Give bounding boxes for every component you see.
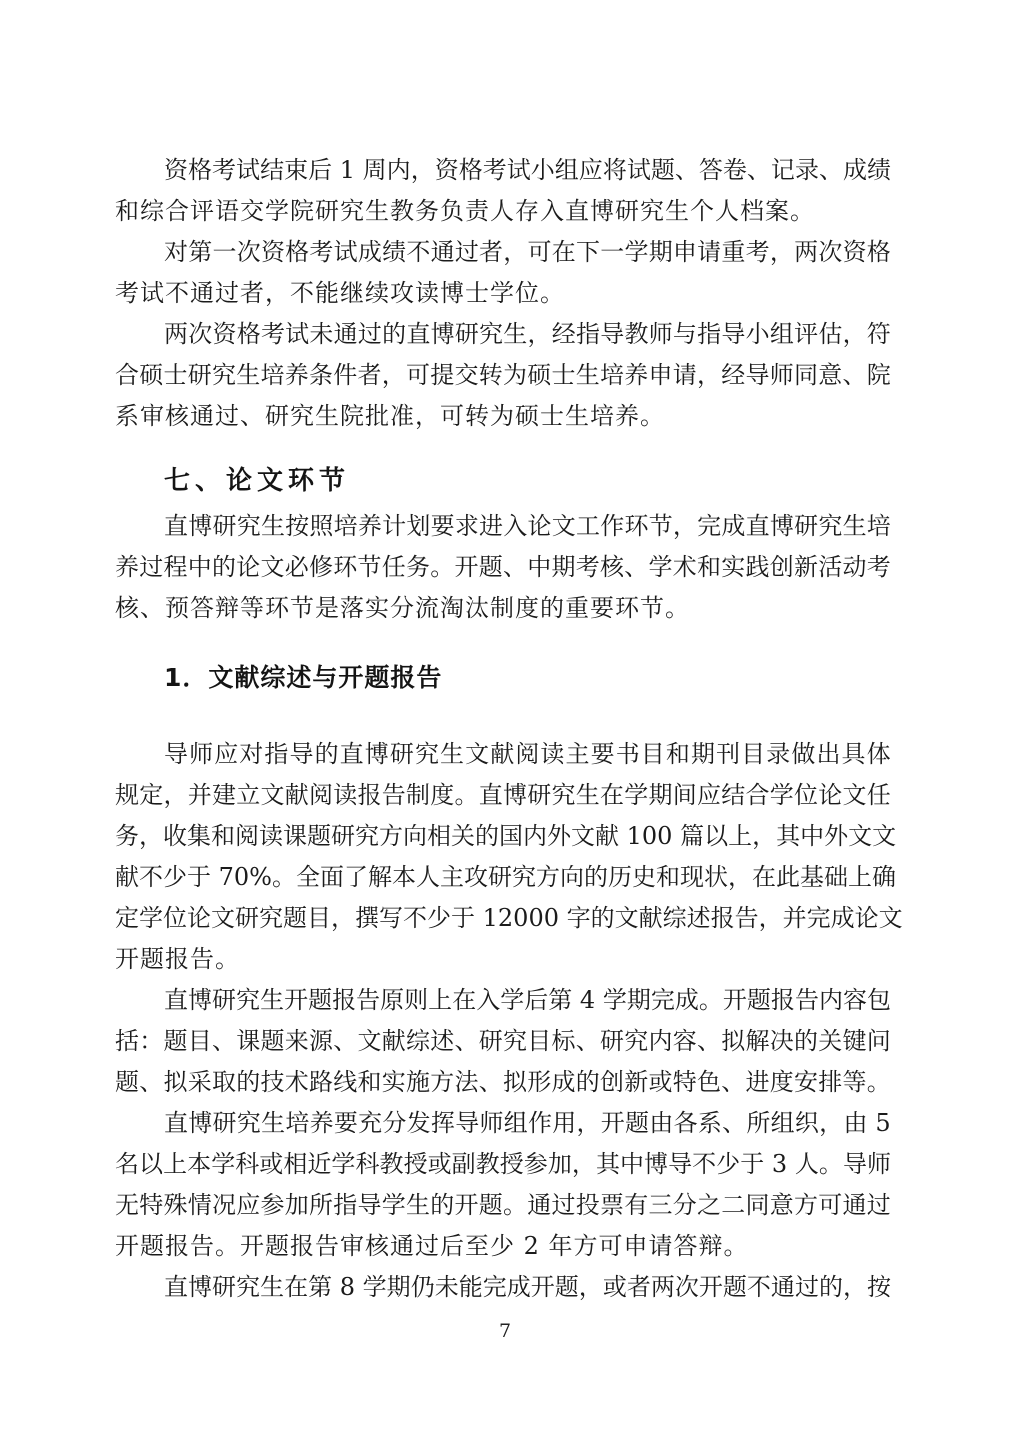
text-token: 实 [382,1062,406,1103]
text-token: 入 [503,506,527,547]
text-line: 导师应对指导的直博研究生文献阅读主要书目和期刊目录做出具体 [115,734,891,775]
text-token: 述 [430,1021,454,1062]
text-token: 间 [673,775,697,816]
text-token: 硕 [139,355,163,396]
text-token: 票 [600,1185,624,1226]
text-token: 通 [431,232,455,273]
text-token: 师 [770,355,794,396]
text-token: 加 [548,1144,572,1185]
text-token: 于 [187,857,211,898]
text-token: 不 [139,857,163,898]
text-token: ， [843,314,867,355]
text-token: 。 [455,775,479,816]
text-token: 目 [527,1021,551,1062]
text-token: 提 [430,355,454,396]
text-token: 节 [358,547,382,588]
subsection-heading: 1．文献综述与开题报告 [115,657,891,698]
text-token: 成 [721,506,745,547]
text-token: 博 [188,1267,212,1308]
text-token: 成 [358,232,382,273]
text-token: 究 [355,816,379,857]
text-token: 文 [848,816,872,857]
text-token: 论 [187,898,211,939]
text-token: 8 [332,1267,363,1308]
text-token: 授 [500,1144,524,1185]
text-token: 在 [752,857,776,898]
text-token: 。 [699,980,723,1021]
text-token: 格 [237,314,261,355]
text-line: 直博研究生在第 8 学期仍未能完成开题，或者两次开题不通过的，按 [115,1267,891,1308]
text-token: 题 [283,898,307,939]
text-token: 生 [261,1103,285,1144]
text-token: 相 [283,1144,307,1185]
text-token: 、 [139,1062,163,1103]
text-token: 题 [479,547,503,588]
text-token: 殊 [164,1185,188,1226]
page-number: 7 [0,1318,1010,1344]
text-token: 研 [390,734,414,775]
text-token: 科 [355,1144,379,1185]
text-token: 阅 [235,816,259,857]
text-token: 少 [427,898,451,939]
text-token: 以 [139,1144,163,1185]
text-token: 卷 [723,150,747,191]
text-token: 在 [284,1267,308,1308]
text-token: 教 [476,1144,500,1185]
text-token: 考 [309,232,333,273]
text-line: 开题报告。 [115,939,891,980]
text-token: 副 [452,1144,476,1185]
text-token: 养 [624,355,648,396]
text-token: 规 [115,775,139,816]
text-line: 献不少于 70%。全面了解本人主攻研究方向的历史和现状，在此基础上确 [115,857,891,898]
text-token: ， [164,775,188,816]
text-token: 方 [430,1062,454,1103]
text-token: 、 [503,547,527,588]
text-token: 文 [872,816,896,857]
text-token: 后 [308,150,332,191]
text-token: 完 [483,1267,507,1308]
text-token: 究 [236,980,260,1021]
text-token: 考 [261,314,285,355]
text-token: 任 [867,775,891,816]
text-token: 12000 [475,898,567,939]
text-token: 导 [668,1144,692,1185]
text-token: 试 [285,314,309,355]
text-token: 学 [500,980,524,1021]
text-token: 建 [212,775,236,816]
text-token: 排 [818,1062,842,1103]
text-token: 周 [363,150,387,191]
text-token: 资 [212,314,236,355]
text-token: 决 [770,1021,794,1062]
text-token: 文 [261,775,285,816]
text-token: 题 [164,1021,188,1062]
text-token: 论 [236,547,260,588]
text-token: 究 [237,1103,261,1144]
text-token: 究 [259,898,283,939]
text-token: 考 [867,547,891,588]
text-token: 进 [479,506,503,547]
text-token: 究 [624,1021,648,1062]
text-token: 务 [406,547,430,588]
text-token: 、 [455,1021,479,1062]
text-token: 形 [527,1062,551,1103]
text-token: 研 [527,775,551,816]
text-token: 综 [406,1021,430,1062]
text-token: 导 [289,734,313,775]
text-line: 养过程中的论文必修环节任务。开题、中期考核、学术和实践创新活动考 [115,547,891,588]
text-token: 文 [465,734,489,775]
text-token: 研 [212,1267,236,1308]
text-token: 培 [334,506,358,547]
text-token: 直 [164,506,188,547]
text-token: 述 [687,898,711,939]
text-token: 内 [523,816,547,857]
text-token: 的 [819,1267,843,1308]
text-token: 通 [771,1267,795,1308]
text-token: 报 [358,775,382,816]
text-token: 内 [819,980,843,1021]
text-token: 中 [620,1144,644,1185]
text-token: 意 [770,1185,794,1226]
text-token: 键 [843,1021,867,1062]
text-token: 后 [524,980,548,1021]
text-token: 读 [259,816,283,857]
text-token: 生 [576,355,600,396]
text-token: 资 [261,232,285,273]
text-token: 申 [673,232,697,273]
text-token: 研 [212,980,236,1021]
text-token: 工 [576,506,600,547]
text-token: 的 [236,1062,260,1103]
text-token: 、 [819,150,843,191]
text-token: 核 [600,547,624,588]
text-token: 的 [591,898,615,939]
text-token: 告 [795,980,819,1021]
text-token: 究 [479,314,503,355]
text-token: 博 [188,1103,212,1144]
text-token: 源 [309,1021,333,1062]
text-token: ， [528,314,552,355]
text-token: 拟 [164,1062,188,1103]
text-token: 结 [721,775,745,816]
text-token: 生 [406,1185,430,1226]
text-token: 在 [452,980,476,1021]
text-token: 定 [139,775,163,816]
text-token: 题 [115,1062,139,1103]
text-token: 术 [285,1062,309,1103]
text-token: 究 [236,1267,260,1308]
text-token: 容 [673,1021,697,1062]
text-token: ： [139,1021,163,1062]
text-token: 少 [163,857,187,898]
text-token: 文 [552,506,576,547]
text-token: ， [411,150,435,191]
text-token: 条 [309,355,333,396]
text-token: 师 [649,314,673,355]
text-token: 参 [524,1144,548,1185]
text-token: 次 [188,314,212,355]
text-token: 次 [237,232,261,273]
text-token: 系 [698,1103,722,1144]
text-token: 过 [358,314,382,355]
text-token: 进 [746,1062,770,1103]
text-token: 、 [212,1021,236,1062]
text-token: 求 [455,506,479,547]
text-token: 教 [380,1144,404,1185]
text-token: 制 [406,775,430,816]
text-token: 人 [416,857,440,898]
text-token: 直 [164,1103,188,1144]
text-token: 考 [212,150,236,191]
text-token: 究 [415,734,439,775]
text-token: 组 [770,314,794,355]
text-token: 学 [624,775,648,816]
text-token: 、 [722,1103,746,1144]
text-token: 一 [212,232,236,273]
text-token: 读 [540,734,564,775]
text-token: ， [503,232,527,273]
text-token: 程 [164,547,188,588]
text-token: 的 [794,1021,818,1062]
text-token: 符 [867,314,891,355]
text-token: 不 [406,232,430,273]
text-token: 和 [666,734,690,775]
text-token: 向 [403,816,427,857]
text-token: 、 [843,355,867,396]
text-token: 法 [455,1062,479,1103]
text-token: 完 [807,898,831,939]
text-token: 和 [656,857,680,898]
text-token: 的 [576,1062,600,1103]
text-token: 究 [212,355,236,396]
text-token: 包 [867,980,891,1021]
text-token: 生 [260,980,284,1021]
text-token: 研 [213,1103,237,1144]
text-token: 外 [824,816,848,857]
text-token: 课 [283,816,307,857]
text-token: 经 [552,314,576,355]
text-token: 、 [479,1062,503,1103]
text-token: 应 [579,150,603,191]
text-token: 培 [261,355,285,396]
text-token: 过 [139,547,163,588]
text-token: 原 [380,980,404,1021]
text-token: 期 [552,547,576,588]
text-token: 博 [503,775,527,816]
text-token: 现 [680,857,704,898]
text-token: 论 [855,898,879,939]
text-token: 题 [261,1021,285,1062]
text-token: 1 [332,150,363,191]
text-token: 培 [285,1103,309,1144]
text-token: 其 [776,816,800,857]
text-line: 合硕士研究生培养条件者，可提交转为硕士生培养申请，经导师同意、院 [115,355,891,396]
text-token: 目 [188,1021,212,1062]
text-token: 论 [528,506,552,547]
text-token: 由 [843,1103,867,1144]
text-token: 路 [309,1062,333,1103]
text-token: 中 [188,547,212,588]
text-token: 开 [455,547,479,588]
text-token: 要 [591,734,615,775]
text-token: 通 [334,314,358,355]
text-token: 博 [188,506,212,547]
text-token: 施 [406,1062,430,1103]
text-token: ， [759,898,783,939]
text-line: 直博研究生按照培养计划要求进入论文工作环节，完成直博研究生培 [115,506,891,547]
text-token: 请 [673,355,697,396]
text-token: 位 [794,775,818,816]
text-token: 动 [843,547,867,588]
text-token: 试 [507,150,531,191]
text-token: 经 [721,355,745,396]
text-token: 文 [615,898,639,939]
text-token: 本 [392,857,416,898]
text-token: 未 [435,1267,459,1308]
text-token: 培 [867,506,891,547]
text-line: 两次资格考试未通过的直博研究生，经指导教师与指导小组评估，符 [115,314,891,355]
text-token: 博 [770,506,794,547]
text-token: 献 [639,898,663,939]
text-token: 的 [382,314,406,355]
text-token: 课 [236,1021,260,1062]
text-line: 考试不通过者，不能继续攻读博士学位。 [115,273,891,314]
text-token: 成 [831,898,855,939]
text-token: 请 [697,232,721,273]
text-token: 对 [164,232,188,273]
text-token: 学 [624,232,648,273]
text-token: 能 [459,1267,483,1308]
text-token: 目 [641,734,665,775]
text-token: 组 [771,1103,795,1144]
text-token: 导 [746,355,770,396]
text-token: 导 [358,1185,382,1226]
text-line: 核、预答辩等环节是落实分流淘汰制度的重要环节。 [115,588,891,629]
text-token: 和 [697,547,721,588]
text-token: 环 [624,506,648,547]
text-token: 献 [382,1021,406,1062]
text-token: 生 [261,506,285,547]
text-token: 的 [430,1185,454,1226]
text-token: 告 [735,898,759,939]
text-token: 研 [331,816,355,857]
text-token: 人 [795,1144,819,1185]
text-token: 其 [596,1144,620,1185]
text-token: 题 [747,980,771,1021]
text-token: 开 [284,980,308,1021]
text-token: 科 [235,1144,259,1185]
text-token: 特 [673,1062,697,1103]
text-token: 生 [576,775,600,816]
text-token: 期 [649,232,673,273]
text-token: 并 [188,775,212,816]
text-token: 务 [115,816,139,857]
text-token: 养 [310,1103,334,1144]
text-token: 的 [315,734,339,775]
text-token: 刊 [716,734,740,775]
text-token: 。 [867,1062,891,1103]
text-token: 或 [603,1267,627,1308]
text-token: 究 [503,1021,527,1062]
text-token: 有 [624,1185,648,1226]
text-token: 期 [387,1267,411,1308]
text-token: 向 [560,857,584,898]
text-token: 无 [115,1185,139,1226]
text-token: 养 [358,506,382,547]
text-token: 题 [625,1103,649,1144]
text-token: 、 [697,1021,721,1062]
text-token: 师 [479,1103,503,1144]
text-token: 博 [365,734,389,775]
text-token: 格 [188,150,212,191]
text-token: 过 [795,1267,819,1308]
text-line: 无特殊情况应参加所指导学生的开题。通过投票有三分之二同意方可通过 [115,1185,891,1226]
text-token: 此 [776,857,800,898]
text-token: 培 [600,355,624,396]
text-token: ， [577,1103,601,1144]
text-token: 了 [344,857,368,898]
text-token: 转 [479,355,503,396]
text-token: 参 [261,1185,285,1226]
text-token: 出 [816,734,840,775]
text-token: 学 [211,1144,235,1185]
text-token: 院 [867,355,891,396]
text-token: 定 [115,898,139,939]
text-token: 解 [746,1021,770,1062]
text-token: 试 [627,150,651,191]
text-token: ， [139,816,163,857]
text-token: 博 [188,980,212,1021]
text-token: 应 [697,775,721,816]
text-token: 标 [552,1021,576,1062]
text-token: 的 [584,857,608,898]
text-token: 者 [358,355,382,396]
text-token: 做 [791,734,815,775]
text-token: 分 [382,1103,406,1144]
text-token: 下 [576,232,600,273]
text-token: 、 [576,1021,600,1062]
text-token: 开 [699,1267,723,1308]
text-token: 过 [867,1185,891,1226]
text-token: 重 [721,232,745,273]
text-line: 名以上本学科或相近学科教授或副教授参加，其中博导不少于 3 人。导师 [115,1144,891,1185]
text-token: 基 [800,857,824,898]
text-token: 实 [721,547,745,588]
text-token: 术 [673,547,697,588]
text-token: 少 [716,1144,740,1185]
text-token: 拟 [503,1062,527,1103]
text-line: 开题报告。开题报告审核通过后至少 2 年方可申请答辩。 [115,1226,891,1267]
text-token: 中 [527,547,551,588]
text-token: 集 [187,816,211,857]
text-token: 撰 [355,898,379,939]
text-token: 成 [552,1062,576,1103]
text-token: ， [382,355,406,396]
text-line: 系审核通过、研究生院批准，可转为硕士生培养。 [115,396,891,437]
text-token: 究 [818,506,842,547]
text-token: 题 [555,1267,579,1308]
text-token: 字 [567,898,591,939]
text-token: 两 [651,1267,675,1308]
text-token: 外 [547,816,571,857]
text-token: 答 [699,150,723,191]
text-token: 历 [608,857,632,898]
text-token: 格 [459,150,483,191]
text-token: 、 [721,1062,745,1103]
text-token: 题 [307,816,331,857]
